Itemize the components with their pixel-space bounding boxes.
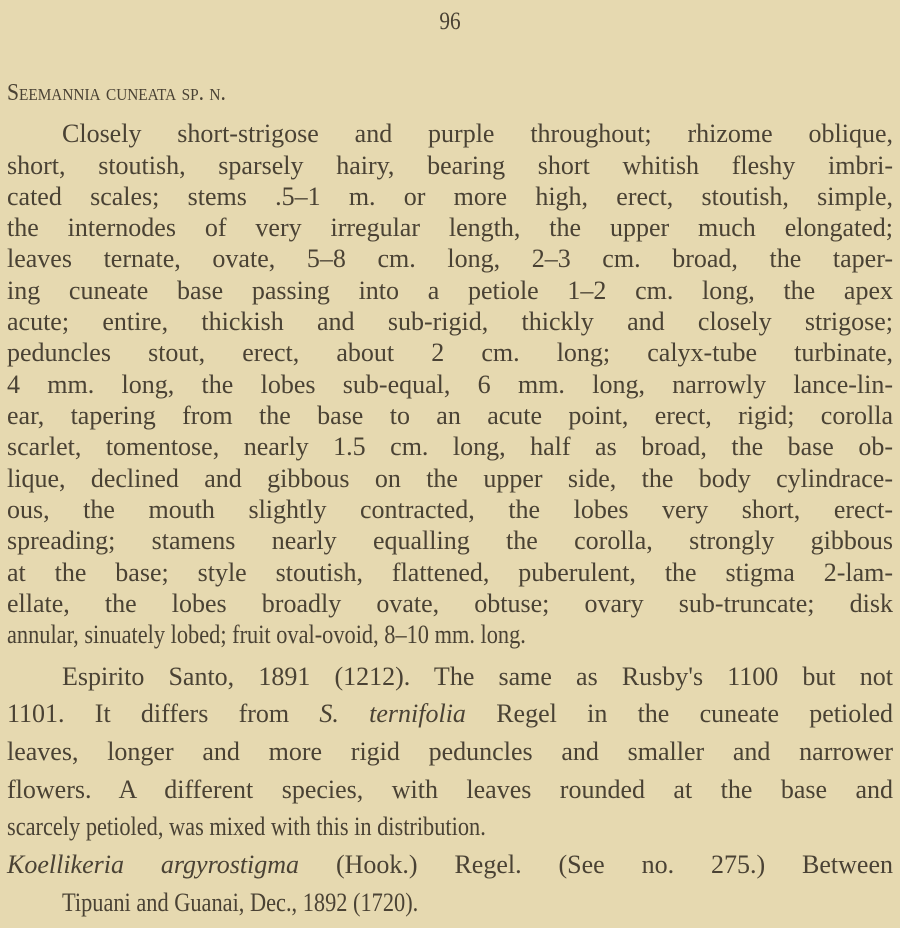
description-line: leaves ternate, ovate, 5–8 cm. long, 2–3…	[7, 243, 893, 275]
notes-line: scarcely petioled, was mixed with this i…	[7, 811, 486, 843]
description-line: scarlet, tomentose, nearly 1.5 cm. long,…	[7, 431, 893, 463]
notes-text: 1101. It differs from	[7, 699, 319, 728]
description-line: lique, declined and gibbous on the upper…	[7, 463, 893, 495]
notes-line: Espirito Santo, 1891 (1212). The same as…	[62, 661, 893, 693]
notes-line: leaves, longer and more rigid peduncles …	[7, 736, 893, 768]
description-line: cated scales; stems .5–1 m. or more high…	[7, 181, 893, 213]
notes-text: Regel in the cuneate petioled	[466, 699, 893, 728]
notes-line: flowers. A different species, with leave…	[7, 774, 893, 806]
description-line: annular, sinuately lobed; fruit oval-ovo…	[7, 619, 526, 651]
description-line: short, stoutish, sparsely hairy, bearing…	[7, 150, 893, 182]
description-line: ellate, the lobes broadly ovate, obtuse;…	[7, 588, 893, 620]
entry-line: Tipuani and Guanai, Dec., 1892 (1720).	[62, 887, 418, 919]
entry-text: (Hook.) Regel. (See no. 275.) Between	[299, 850, 893, 879]
description-line: spreading; stamens nearly equalling the …	[7, 525, 893, 557]
description-line: ous, the mouth slightly contracted, the …	[7, 494, 893, 526]
notes-line: 1101. It differs from S. ternifolia Rege…	[7, 698, 893, 730]
description-line: acute; entire, thickish and sub-rigid, t…	[7, 306, 893, 338]
species-heading: Seemannia cuneata sp. n.	[7, 80, 226, 107]
description-line: ing cuneate base passing into a petiole …	[7, 275, 893, 307]
description-line: peduncles stout, erect, about 2 cm. long…	[7, 337, 893, 369]
species-name-italic: S. ternifolia	[319, 699, 466, 728]
description-line: ear, tapering from the base to an acute …	[7, 400, 893, 432]
species-name-italic: Koellikeria argyrostigma	[7, 850, 299, 879]
page-number: 96	[68, 8, 833, 36]
description-line: the internodes of very irregular length,…	[7, 212, 893, 244]
description-line: 4 mm. long, the lobes sub-equal, 6 mm. l…	[7, 369, 893, 401]
description-line: Closely short-strigose and purple throug…	[62, 118, 893, 150]
entry-line: Koellikeria argyrostigma (Hook.) Regel. …	[7, 849, 893, 881]
description-line: at the base; style stoutish, flattened, …	[7, 557, 893, 589]
